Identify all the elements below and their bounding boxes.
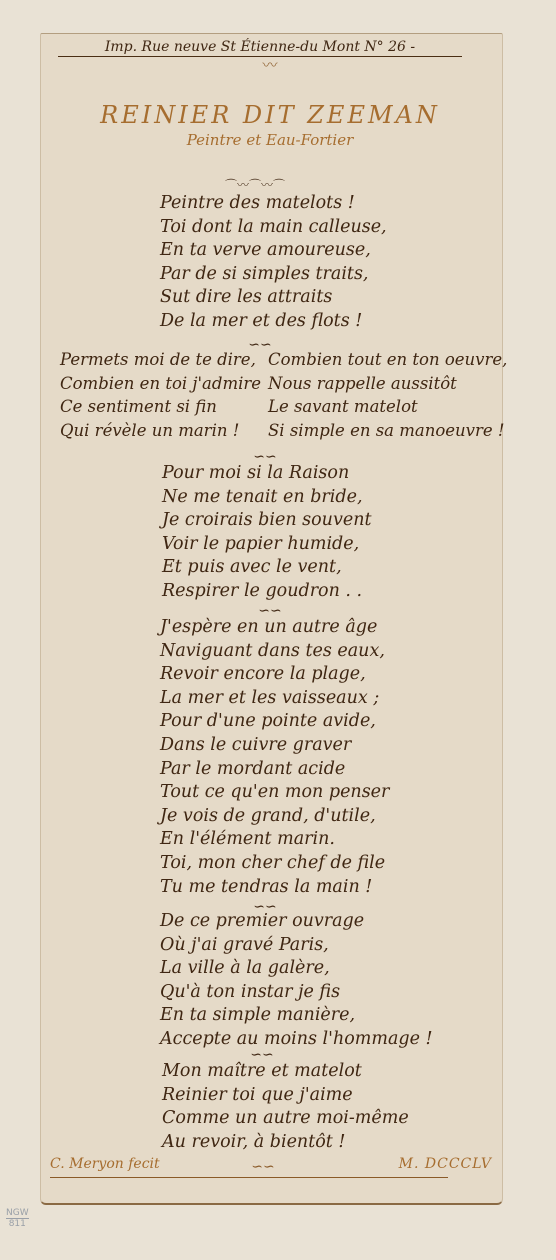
verse-line: Pour d'une pointe avide, bbox=[160, 710, 389, 734]
verse-line: Le savant matelot bbox=[268, 395, 507, 419]
verse-line: Et puis avec le vent, bbox=[162, 556, 372, 580]
stanza-6: Mon maître et matelot Reinier toi que j'… bbox=[162, 1060, 409, 1154]
catalog-code: NGW bbox=[6, 1208, 29, 1219]
verse-line: Naviguant dans tes eaux, bbox=[160, 640, 389, 664]
poem-subtitle: Peintre et Eau-Fortier bbox=[150, 131, 390, 149]
verse-line: De la mer et des flots ! bbox=[160, 310, 387, 334]
verse-line: Je croirais bien souvent bbox=[162, 509, 372, 533]
verse-line: Reinier toi que j'aime bbox=[162, 1084, 409, 1108]
footer-ornament-icon: ∽∽ bbox=[243, 1160, 283, 1174]
verse-line: Qui révèle un marin ! bbox=[60, 419, 261, 443]
verse-line: Par de si simples traits, bbox=[160, 263, 387, 287]
verse-line: Sut dire les attraits bbox=[160, 286, 387, 310]
verse-line: De ce premier ouvrage bbox=[160, 910, 433, 934]
header-ornament-icon: 〰 bbox=[240, 58, 300, 72]
verse-line: Tu me tendras la main ! bbox=[160, 876, 389, 900]
verse-line: Accepte au moins l'hommage ! bbox=[160, 1028, 433, 1052]
stanza-2-left: Permets moi de te dire, Combien en toi j… bbox=[60, 348, 261, 442]
catalog-stamp: NGW 811 bbox=[6, 1208, 29, 1229]
verse-line: La mer et les vaisseaux ; bbox=[160, 687, 389, 711]
verse-line: Dans le cuivre graver bbox=[160, 734, 389, 758]
plate-date: M. DCCCLV bbox=[399, 1155, 492, 1173]
verse-line: Toi dont la main calleuse, bbox=[160, 216, 387, 240]
verse-line: Mon maître et matelot bbox=[162, 1060, 409, 1084]
verse-line: Comme un autre moi-même bbox=[162, 1107, 409, 1131]
verse-line: Au revoir, à bientôt ! bbox=[162, 1131, 409, 1155]
verse-line: Peintre des matelots ! bbox=[160, 192, 387, 216]
verse-line: Pour moi si la Raison bbox=[162, 462, 372, 486]
footer-rule bbox=[50, 1177, 448, 1178]
verse-line: Toi, mon cher chef de file bbox=[160, 852, 389, 876]
verse-line: Nous rappelle aussitôt bbox=[268, 372, 507, 396]
verse-line: Ce sentiment si fin bbox=[60, 395, 261, 419]
stanza-2-right: Combien tout en ton oeuvre, Nous rappell… bbox=[268, 348, 507, 442]
verse-line: Où j'ai gravé Paris, bbox=[160, 934, 433, 958]
stanza-1: Peintre des matelots ! Toi dont la main … bbox=[160, 192, 387, 334]
stanza-4: J'espère en un autre âge Naviguant dans … bbox=[160, 616, 389, 899]
verse-line: Tout ce qu'en mon penser bbox=[160, 781, 389, 805]
imprint-line: Imp. Rue neuve St Étienne-du Mont N° 26 … bbox=[58, 38, 462, 57]
verse-line: En ta verve amoureuse, bbox=[160, 239, 387, 263]
verse-line: En ta simple manière, bbox=[160, 1004, 433, 1028]
catalog-number: 811 bbox=[6, 1219, 29, 1229]
stanza-3: Pour moi si la Raison Ne me tenait en br… bbox=[162, 462, 372, 604]
verse-line: Je vois de grand, d'utile, bbox=[160, 805, 389, 829]
ornament-swash-icon: ⌒〰⌒〰⌒ bbox=[215, 178, 295, 192]
verse-line: Combien tout en ton oeuvre, bbox=[268, 348, 507, 372]
artist-signature: C. Meryon fecit bbox=[50, 1155, 160, 1173]
verse-line: Ne me tenait en bride, bbox=[162, 486, 372, 510]
verse-line: Respirer le goudron . . bbox=[162, 580, 372, 604]
verse-line: Par le mordant acide bbox=[160, 758, 389, 782]
verse-line: En l'élément marin. bbox=[160, 828, 389, 852]
poem-title: REINIER DIT ZEEMAN bbox=[70, 100, 470, 130]
verse-line: Si simple en sa manoeuvre ! bbox=[268, 419, 507, 443]
verse-line: J'espère en un autre âge bbox=[160, 616, 389, 640]
verse-line: Permets moi de te dire, bbox=[60, 348, 261, 372]
stanza-5: De ce premier ouvrage Où j'ai gravé Pari… bbox=[160, 910, 433, 1052]
verse-line: Voir le papier humide, bbox=[162, 533, 372, 557]
verse-line: La ville à la galère, bbox=[160, 957, 433, 981]
verse-line: Combien en toi j'admire bbox=[60, 372, 261, 396]
verse-line: Revoir encore la plage, bbox=[160, 663, 389, 687]
verse-line: Qu'à ton instar je fis bbox=[160, 981, 433, 1005]
